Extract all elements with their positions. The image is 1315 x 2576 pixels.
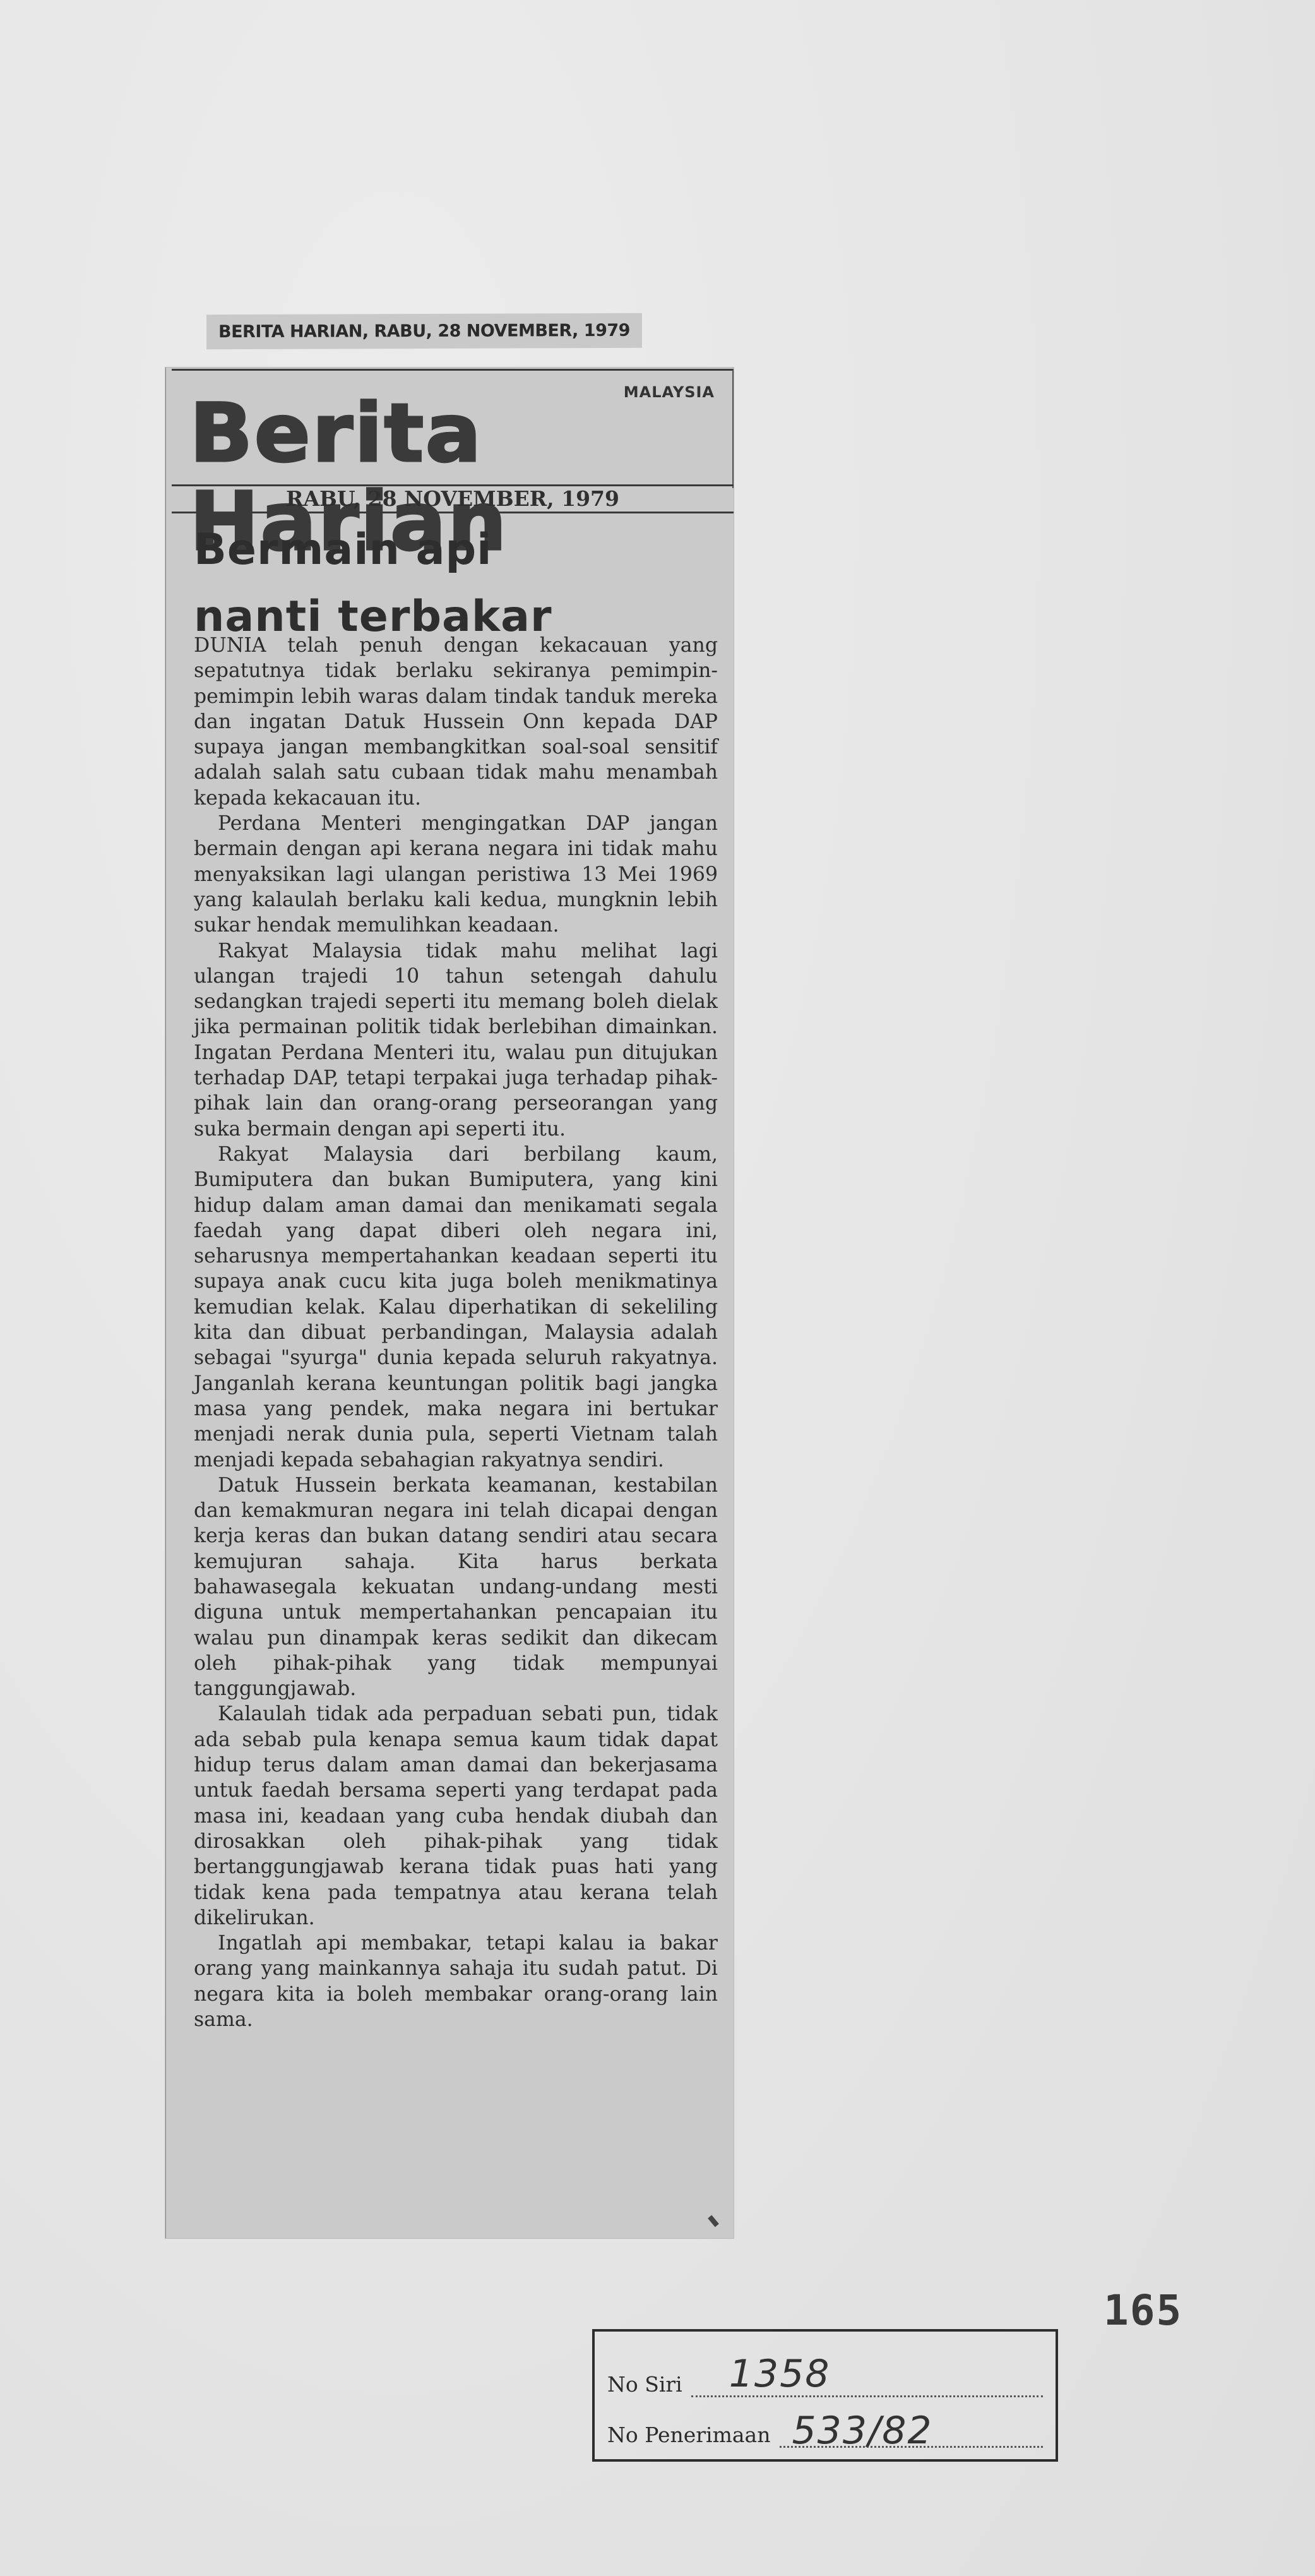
dateline: RABU, 28 NOVEMBER, 1979: [172, 488, 734, 510]
archive-stamp-box: No Siri 1358 No Penerimaan 533/82: [592, 2329, 1058, 2462]
article-paragraph: DUNIA telah penuh dengan kekacauan yang …: [194, 633, 718, 811]
penerimaan-value: 533/82: [792, 2412, 933, 2450]
source-date-strip: BERITA HARIAN, RABU, 28 NOVEMBER, 1979: [206, 313, 642, 349]
siri-dotted-line: 1358: [691, 2376, 1043, 2397]
article-paragraph: Ingatlah api membakar, tetapi kalau ia b…: [194, 1931, 718, 2032]
source-date-text: BERITA HARIAN, RABU, 28 NOVEMBER, 1979: [218, 321, 630, 342]
penerimaan-label: No Penerimaan: [607, 2423, 771, 2448]
article-paragraph: Kalaulah tidak ada perpaduan sebati pun,…: [194, 1701, 718, 1931]
siri-label: No Siri: [607, 2372, 682, 2397]
newspaper-clipping: Berita Harian MALAYSIA RABU, 28 NOVEMBER…: [165, 368, 734, 2238]
masthead-rule-bottom: [172, 512, 734, 513]
headline-line-1: Bermain api: [194, 517, 711, 584]
article-body: DUNIA telah penuh dengan kekacauan yang …: [194, 633, 718, 2032]
siri-value: 1358: [729, 2355, 831, 2393]
article-paragraph: Rakyat Malaysia tidak mahu melihat lagi …: [194, 938, 718, 1142]
article-paragraph: Perdana Menteri mengingatkan DAP jangan …: [194, 811, 718, 938]
stamp-row-siri: No Siri 1358: [607, 2359, 1043, 2397]
article-paragraph: Datuk Hussein berkata keamanan, kestabil…: [194, 1473, 718, 1702]
end-of-article-mark-icon: [708, 2215, 719, 2227]
masthead: Berita Harian MALAYSIA: [172, 369, 734, 488]
article-paragraph: Rakyat Malaysia dari berbilang kaum, Bum…: [194, 1142, 718, 1473]
masthead-country-label: MALAYSIA: [624, 383, 715, 401]
clipping-edge: [165, 368, 166, 2238]
page-number: 165: [1104, 2286, 1182, 2335]
article-headline: Bermain api nanti terbakar: [194, 517, 711, 650]
penerimaan-dotted-line: 533/82: [780, 2427, 1044, 2448]
stamp-row-penerimaan: No Penerimaan 533/82: [607, 2410, 1043, 2448]
masthead-logo: Berita Harian: [189, 390, 749, 478]
